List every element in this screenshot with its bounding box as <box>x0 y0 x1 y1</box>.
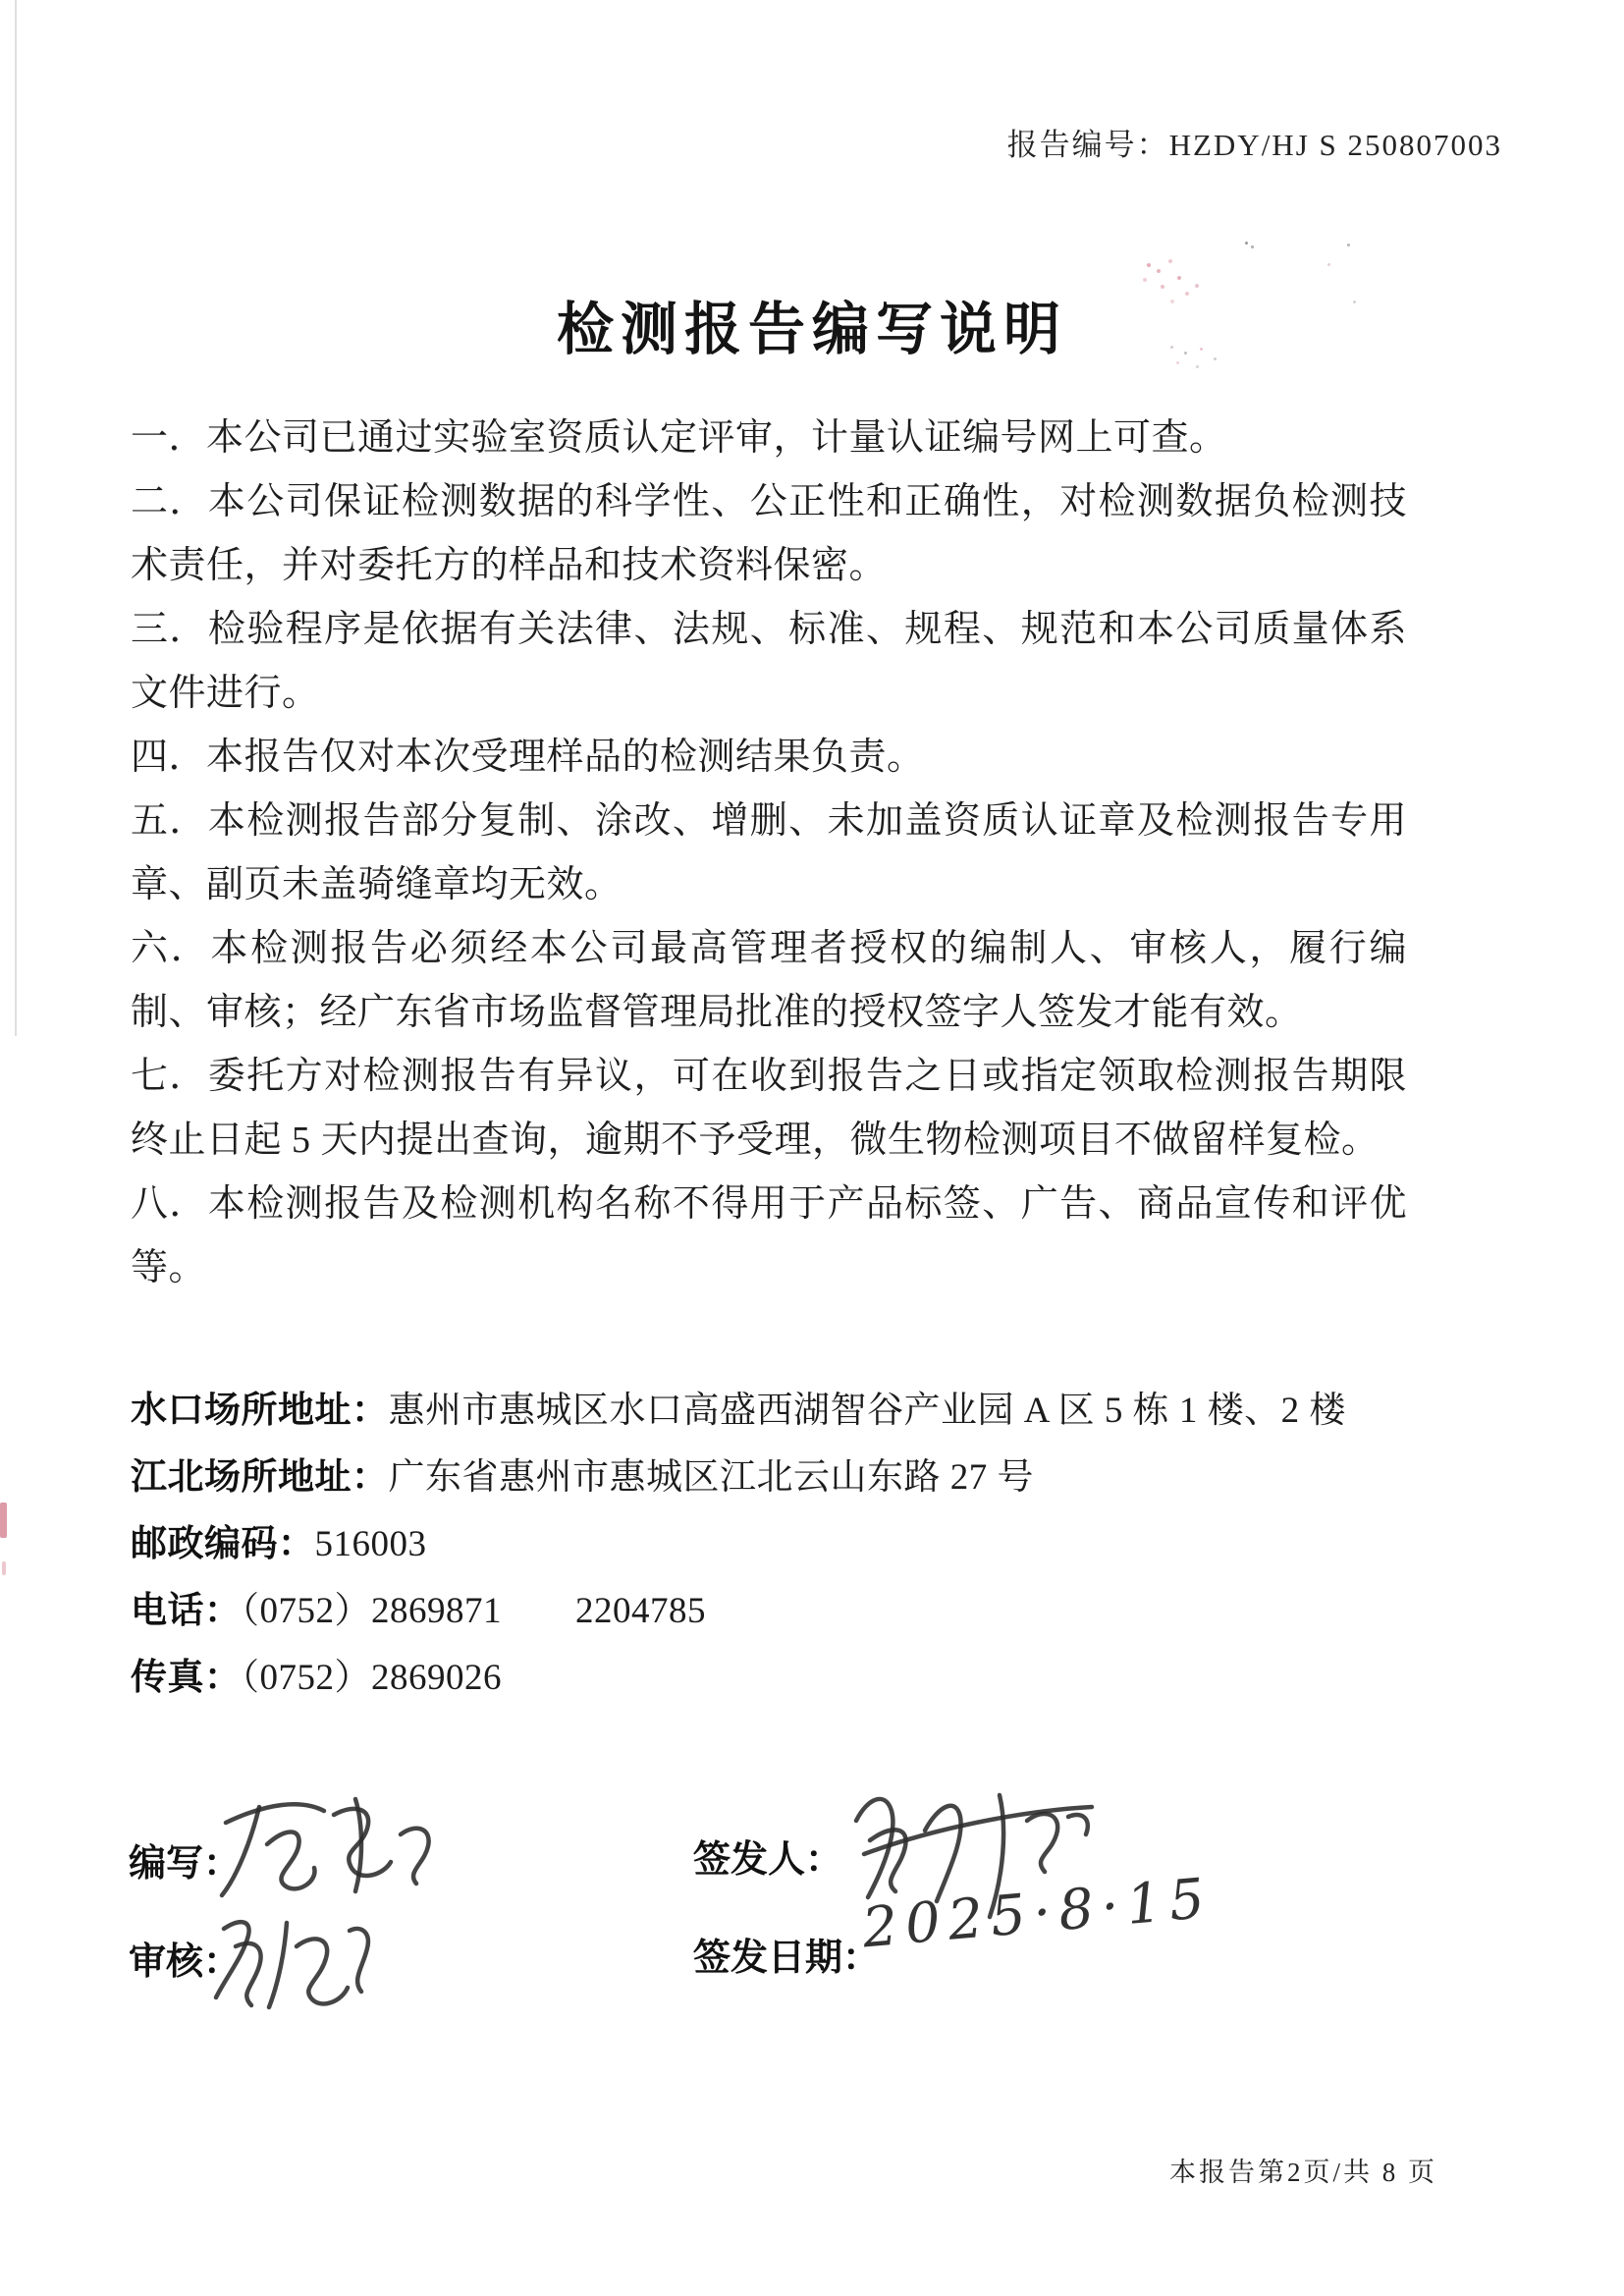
contact-value: 惠州市惠城区水口高盛西湖智谷产业园 A 区 5 栋 1 楼、2 楼 <box>389 1391 1346 1431</box>
contact-value: 516003 <box>315 1524 427 1564</box>
note-item-1: 一．本公司已通过实验室资质认定评审，计量认证编号网上可查。 <box>131 407 1407 470</box>
notes-section: 一．本公司已通过实验室资质认定评审，计量认证编号网上可查。 二．本公司保证检测数… <box>131 407 1407 1300</box>
note-item-3: 三．检验程序是依据有关法律、法规、标准、规程、规范和本公司质量体系文件进行。 <box>131 598 1407 726</box>
issue-date-label: 签发日期： <box>693 1927 880 1981</box>
contact-label: 邮政编码： <box>131 1523 315 1563</box>
note-item-4: 四．本报告仅对本次受理样品的检测结果负责。 <box>131 726 1407 790</box>
reviewer-signature <box>202 1895 399 2028</box>
red-ink-mark <box>2 1561 6 1575</box>
scan-edge-artifact <box>15 0 17 1036</box>
contact-row-fax: 传真：（0752）2869026 <box>131 1644 1505 1711</box>
note-item-7: 七．委托方对检测报告有异议，可在收到报告之日或指定领取检测报告期限终止日起 5 … <box>131 1045 1407 1173</box>
contact-row-jiangbei-address: 江北场所地址：广东省惠州市惠城区江北云山东路 27 号 <box>131 1444 1505 1510</box>
contact-row-postal-code: 邮政编码：516003 <box>131 1510 1505 1577</box>
red-ink-mark <box>0 1503 7 1538</box>
stamp-residue-speckles <box>1147 263 1151 267</box>
document-page: 报告编号：HZDY/HJ S 250807003 检测报告编写说明 一．本公司已… <box>0 0 1624 2296</box>
contact-value: （0752）2869026 <box>242 1658 503 1698</box>
note-item-5: 五．本检测报告部分复制、涂改、增删、未加盖资质认证章及检测报告专用章、副页未盖骑… <box>131 790 1407 917</box>
contact-value: （0752）2869871 2204785 <box>242 1591 707 1631</box>
page-footer: 本报告第2页/共 8 页 <box>1169 2151 1437 2189</box>
contact-label: 江北场所地址： <box>131 1456 389 1497</box>
note-item-8: 八．本检测报告及检测机构名称不得用于产品标签、广告、商品宣传和评优等。 <box>131 1173 1407 1300</box>
issuer-label: 签发人： <box>693 1829 842 1883</box>
contact-row-phone: 电话：（0752）2869871 2204785 <box>131 1577 1505 1644</box>
page-title: 检测报告编写说明 <box>0 283 1624 365</box>
contact-label: 水口场所地址： <box>131 1390 389 1430</box>
scan-dust-speckles <box>1245 242 1248 245</box>
report-number: 报告编号：HZDY/HJ S 250807003 <box>1007 120 1502 164</box>
note-item-6: 六．本检测报告必须经本公司最高管理者授权的编制人、审核人，履行编制、审核；经广东… <box>131 917 1407 1045</box>
note-item-2: 二．本公司保证检测数据的科学性、公正性和正确性，对检测数据负检测技术责任，并对委… <box>131 470 1407 598</box>
contact-label: 电话： <box>131 1590 242 1630</box>
contact-value: 广东省惠州市惠城区江北云山东路 27 号 <box>389 1457 1035 1498</box>
contact-row-shuikou-address: 水口场所地址：惠州市惠城区水口高盛西湖智谷产业园 A 区 5 栋 1 楼、2 楼 <box>131 1377 1505 1444</box>
contact-section: 水口场所地址：惠州市惠城区水口高盛西湖智谷产业园 A 区 5 栋 1 楼、2 楼… <box>131 1377 1505 1711</box>
contact-label: 传真： <box>131 1657 242 1697</box>
